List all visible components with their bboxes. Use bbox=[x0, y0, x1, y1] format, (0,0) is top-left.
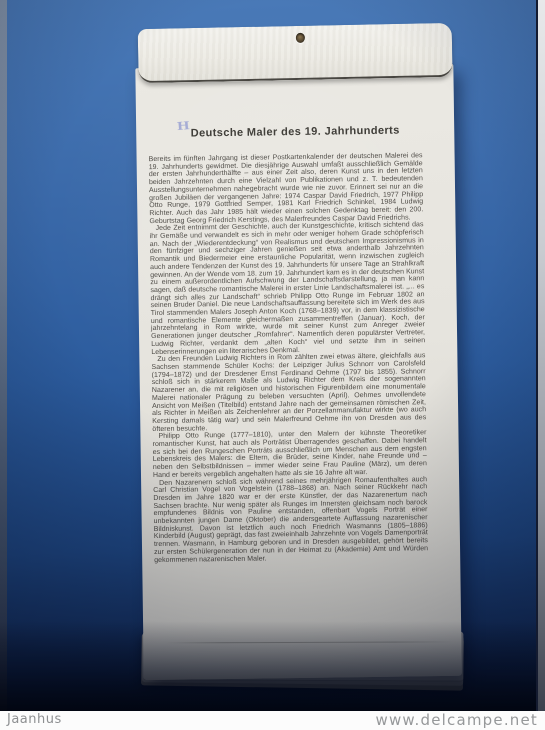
paragraph-intro: Bereits im fünften Jahrgang ist dieser P… bbox=[149, 152, 424, 225]
photo-left-edge bbox=[0, 0, 7, 711]
postcard-calendar: H Deutsche Maler des 19. Jahrhunderts Be… bbox=[127, 23, 472, 698]
paper-crease bbox=[165, 641, 453, 643]
calendar-backing-board bbox=[138, 23, 453, 83]
paragraph-nazarener: Den Nazarenern schloß sich während seine… bbox=[153, 476, 428, 565]
watermark-bar: Jaanhus www.delcampe.net bbox=[0, 711, 545, 730]
paragraph-runge: Philipp Otto Runge (1777–1810), unter de… bbox=[152, 430, 427, 480]
photo-background: H Deutsche Maler des 19. Jahrhunderts Be… bbox=[0, 0, 545, 711]
paragraph-history: Jede Zeit entnimmt der Geschichte, auch … bbox=[150, 222, 426, 357]
photo-right-edge bbox=[536, 0, 545, 711]
listing-photo: H Deutsche Maler des 19. Jahrhunderts Be… bbox=[0, 0, 545, 730]
publisher-mark: H bbox=[176, 119, 190, 133]
seller-watermark: Jaanhus bbox=[7, 712, 62, 727]
body-text: Bereits im fünften Jahrgang ist dieser P… bbox=[149, 152, 429, 564]
hanging-hole bbox=[296, 33, 305, 43]
site-watermark: www.delcampe.net bbox=[376, 711, 539, 729]
paragraph-friends: Zu den Freunden Ludwig Richters in Rom z… bbox=[151, 353, 426, 434]
board-texture bbox=[138, 23, 453, 81]
calendar-text-page: H Deutsche Maler des 19. Jahrhunderts Be… bbox=[135, 64, 462, 680]
